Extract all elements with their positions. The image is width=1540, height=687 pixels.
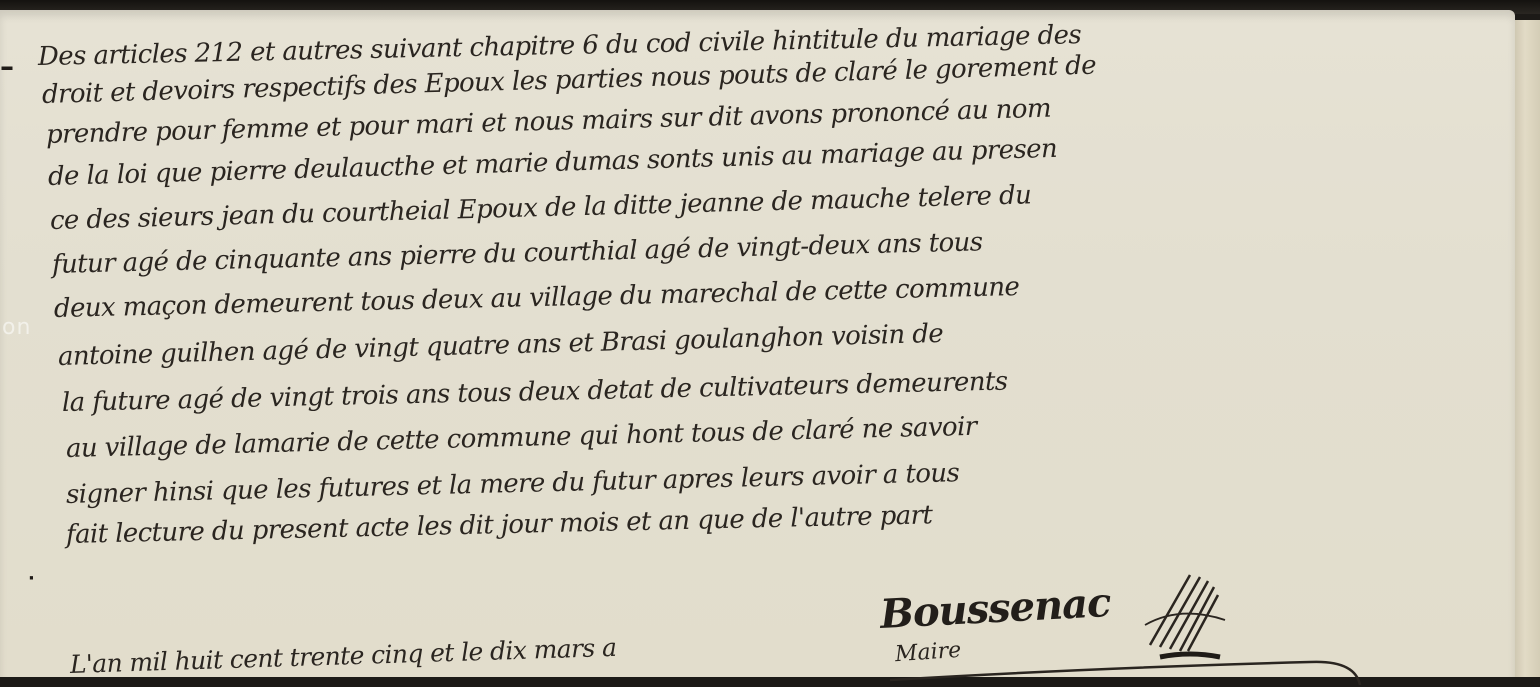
text-line-7: deux maçon demeurent tous deux au villag…	[54, 272, 1020, 324]
text-line-12: fait lecture du present acte les dit jou…	[66, 500, 933, 550]
watermark-text: on	[2, 315, 31, 340]
next-entry-text: L'an mil huit cent trente cinq et le dix…	[70, 633, 617, 677]
manuscript-page: on – · Des articles 212 et autres suivan…	[0, 10, 1515, 677]
page-edge	[1515, 20, 1540, 677]
signature-flourish-icon	[890, 650, 1370, 677]
margin-dot-mark: ·	[28, 568, 35, 589]
text-line-9: la future agé de vingt trois ans tous de…	[62, 367, 1008, 418]
mayor-signature: Boussenac	[879, 579, 1112, 638]
text-line-10: au village de lamarie de cette commune q…	[66, 412, 977, 464]
text-line-8: antoine guilhen agé de vingt quatre ans …	[58, 319, 944, 372]
text-line-6: futur agé de cinquante ans pierre du cou…	[52, 227, 983, 280]
text-line-5: ce des sieurs jean du courtheial Epoux d…	[50, 180, 1032, 236]
margin-dash-mark: –	[0, 50, 14, 83]
